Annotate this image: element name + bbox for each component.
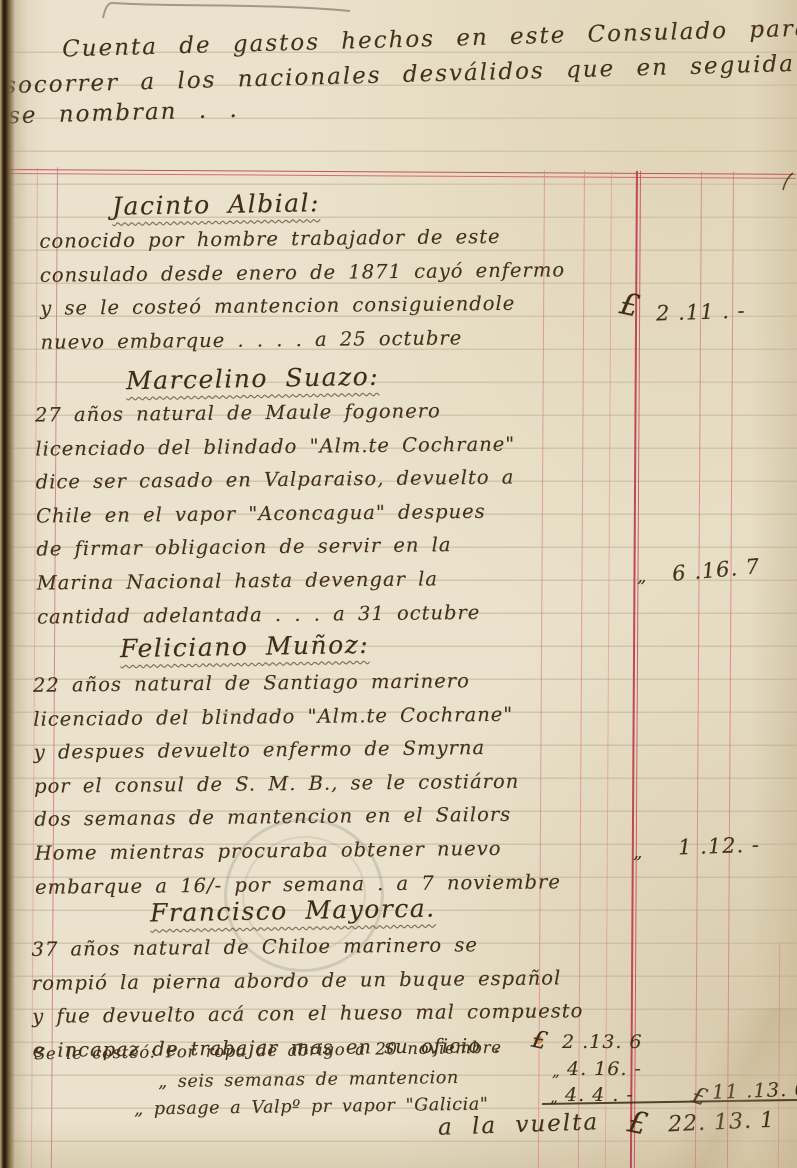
- amount-value: 2 .11 . -: [656, 298, 746, 325]
- entry-line: y fue devuelto acá con el hueso mal comp…: [32, 994, 583, 1033]
- entry-name-feliciano-munoz: Feliciano Muñoz:: [120, 630, 370, 663]
- entry-line: nuevo embarque . . . . a 25 octubre: [40, 320, 566, 359]
- entry-line: y despues devuelto enfermo de Smyrna: [33, 730, 559, 769]
- entry-line: rompió la pierna abordo de un buque espa…: [32, 961, 583, 1000]
- entry-line: Marina Nacional hasta devengar la: [37, 561, 517, 600]
- manuscript-page: Cuenta de gastos hechos en este Consulad…: [0, 0, 797, 1168]
- entry-line: dos semanas de mantencion en el Sailors: [34, 798, 560, 837]
- entry-body-feliciano-munoz: 22 años natural de Santiago marinero lic…: [33, 663, 561, 904]
- entry-line: 27 años natural de Maule fogonero: [35, 393, 515, 432]
- entry-name-jacinto-albial: Jacinto Albial:: [112, 188, 320, 221]
- entry-line: consulado desde enero de 1871 cayó enfer…: [40, 253, 566, 292]
- entry-line: licenciado del blindado "Alm.te Cochrane…: [35, 427, 515, 466]
- cost-line-2: „ seis semanas de mantencion: [158, 1068, 459, 1092]
- pencil-mark: [95, 0, 375, 22]
- entry-line: de firmar obligacion de servir en la: [36, 528, 516, 567]
- pound-sign: £: [625, 1104, 651, 1142]
- total-value: 22. 13. 1: [668, 1108, 776, 1138]
- subtotal-value: 11 .13. 6: [712, 1077, 797, 1103]
- ditto-mark: „: [637, 566, 646, 587]
- entry-line: dice ser casado en Valparaiso, devuelto …: [35, 461, 515, 500]
- entry-line: 22 años natural de Santiago marinero: [33, 663, 559, 702]
- column-rule-6: [778, 945, 780, 1168]
- amount-value: 2 .13. 6: [562, 1031, 643, 1053]
- ditto-mark: „: [552, 1062, 560, 1080]
- column-rule-3: [605, 171, 612, 1168]
- entry-line: conocido por hombre trabajador de este: [39, 219, 565, 258]
- entry-line: y se le costeó mantencion consiguiendole: [40, 286, 566, 325]
- amount-value: 4. 16. -: [567, 1058, 642, 1080]
- entry-line: 37 años natural de Chiloe marinero se: [31, 927, 582, 966]
- entry-line: Home mientras procuraba obtener nuevo: [35, 831, 561, 870]
- ink-tick-icon: [780, 172, 796, 192]
- ditto-mark: „: [633, 842, 642, 863]
- amount-value: 1 .12. -: [678, 833, 761, 860]
- entry-line: por el consul de S. M. B., se le costiár…: [34, 764, 560, 803]
- ledger-title-line-3: se nombran . .: [8, 97, 239, 129]
- entry-name-francisco-mayorca: Francisco Mayorca.: [150, 894, 436, 928]
- entry-line: cantidad adelantada . . . a 31 octubre: [37, 595, 517, 634]
- entry-body-marcelino-suazo: 27 años natural de Maule fogonero licenc…: [35, 393, 517, 633]
- cost-line-3: „ pasage a Valpº pr vapor "Galicia": [134, 1095, 489, 1120]
- carry-label: a la vuelta: [438, 1109, 600, 1141]
- entry-line: Chile en el vapor "Aconcagua" despues: [36, 494, 516, 533]
- amount-value: 6 .16. 7: [671, 554, 761, 586]
- header-rule-bottom: [5, 173, 796, 179]
- page-edge-shadow: [0, 0, 30, 1168]
- pound-sign: £: [617, 286, 643, 324]
- entry-name-marcelino-suazo: Marcelino Suazo:: [126, 362, 380, 395]
- header-rule-top: [5, 169, 796, 175]
- entry-body-jacinto-albial: conocido por hombre trabajador de este c…: [39, 219, 566, 359]
- pound-flourish: £: [688, 1082, 710, 1111]
- entry-line: licenciado del blindado "Alm.te Cochrane…: [33, 697, 559, 736]
